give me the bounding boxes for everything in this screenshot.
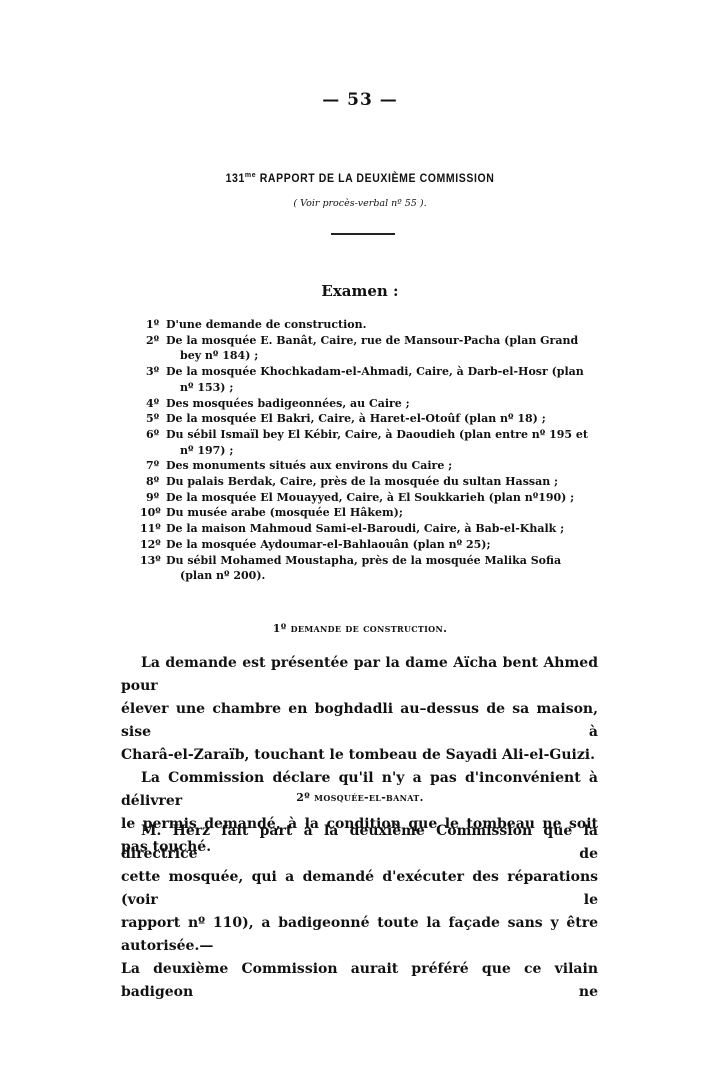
paragraph-line: Charâ-el-Zaraïb, touchant le tombeau de … xyxy=(121,744,598,767)
paragraph-line: élever une chambre en boghdadli au–dessu… xyxy=(121,698,598,744)
item-text-continued: bey nº 184) ; xyxy=(166,348,601,364)
divider-rule xyxy=(331,233,395,235)
item-text: De la mosquée El Bakri, Caire, à Haret-e… xyxy=(166,412,546,425)
item-text-continued: nº 197) ; xyxy=(166,443,601,459)
list-item: 1ºD'une demande de construction. xyxy=(146,317,601,333)
list-item: 13ºDu sébil Mohamed Moustapha, près de l… xyxy=(146,553,601,584)
item-text: Des monuments situés aux environs du Cai… xyxy=(166,459,452,472)
list-item: 12ºDe la mosquée Aydoumar-el-Bahlaouân (… xyxy=(146,537,601,553)
item-number: 7º xyxy=(146,458,164,474)
item-number: 5º xyxy=(146,411,164,427)
item-text: Du musée arabe (mosquée El Hâkem); xyxy=(166,506,403,519)
list-item: 3ºDe la mosquée Khochkadam-el-Ahmadi, Ca… xyxy=(146,364,601,395)
item-text: De la mosquée El Mouayyed, Caire, à El S… xyxy=(166,491,574,504)
paragraph-line: rapport nº 110), a badigeonné toute la f… xyxy=(121,912,598,958)
report-title: 131me RAPPORT DE LA DEUXIÈME COMMISSION xyxy=(0,171,720,185)
list-item: 2ºDe la mosquée E. Banât, Caire, rue de … xyxy=(146,333,601,364)
list-item: 6ºDu sébil Ismaïl bey El Kébir, Caire, à… xyxy=(146,427,601,458)
item-text: D'une demande de construction. xyxy=(166,318,366,331)
page-number: — 53 — xyxy=(0,90,720,110)
paragraph-line: cette mosquée, qui a demandé d'exécuter … xyxy=(121,866,598,912)
list-item: 5ºDe la mosquée El Bakri, Caire, à Haret… xyxy=(146,411,601,427)
item-number: 1º xyxy=(146,317,164,333)
section-heading-construction: 1º demande de construction. xyxy=(0,622,720,635)
item-number: 9º xyxy=(146,490,164,506)
item-text: Du sébil Mohamed Moustapha, près de la m… xyxy=(166,554,561,567)
report-title-text: RAPPORT DE LA DEUXIÈME COMMISSION xyxy=(260,172,495,185)
report-number: 131 xyxy=(226,172,245,185)
item-number: 4º xyxy=(146,396,164,412)
list-item: 7ºDes monuments situés aux environs du C… xyxy=(146,458,601,474)
item-number: 6º xyxy=(146,427,164,443)
item-number: 13º xyxy=(140,553,164,569)
paragraph-line: La Commission déclare qu'il n'y a pas d'… xyxy=(121,767,598,813)
item-text: Du sébil Ismaïl bey El Kébir, Caire, à D… xyxy=(166,428,588,441)
section-body-mosquee-el-banat: M. Herz fait part à la deuxième Commissi… xyxy=(121,820,598,1004)
paragraph-line: M. Herz fait part à la deuxième Commissi… xyxy=(121,820,598,866)
section-heading-mosquee-el-banat: 2º mosquée-el-banat. xyxy=(0,791,720,804)
item-text: Du palais Berdak, Caire, près de la mosq… xyxy=(166,475,558,488)
list-item: 8ºDu palais Berdak, Caire, près de la mo… xyxy=(146,474,601,490)
list-item: 4ºDes mosquées badigeonnées, au Caire ; xyxy=(146,396,601,412)
item-text-continued: (plan nº 200). xyxy=(166,568,601,584)
item-text: De la mosquée Aydoumar-el-Bahlaouân (pla… xyxy=(166,538,491,551)
examen-heading: Examen : xyxy=(0,282,720,300)
paragraph-line: La demande est présentée par la dame Aïc… xyxy=(121,652,598,698)
list-item: 9ºDe la mosquée El Mouayyed, Caire, à El… xyxy=(146,490,601,506)
item-number: 8º xyxy=(146,474,164,490)
report-subtitle: ( Voir procès-verbal nº 55 ). xyxy=(0,198,720,209)
list-item: 10ºDu musée arabe (mosquée El Hâkem); xyxy=(146,505,601,521)
examen-list: 1ºD'une demande de construction. 2ºDe la… xyxy=(146,317,601,584)
item-number: 11º xyxy=(140,521,164,537)
paragraph-line: La deuxième Commission aurait préféré qu… xyxy=(121,958,598,1004)
report-number-suffix: me xyxy=(245,171,256,179)
item-number: 12º xyxy=(140,537,164,553)
item-number: 2º xyxy=(146,333,164,349)
item-text: De la mosquée Khochkadam-el-Ahmadi, Cair… xyxy=(166,365,584,378)
item-text: De la mosquée E. Banât, Caire, rue de Ma… xyxy=(166,334,578,347)
item-text-continued: nº 153) ; xyxy=(166,380,601,396)
item-text: De la maison Mahmoud Sami-el-Baroudi, Ca… xyxy=(166,522,564,535)
item-number: 10º xyxy=(140,505,164,521)
item-text: Des mosquées badigeonnées, au Caire ; xyxy=(166,397,410,410)
list-item: 11ºDe la maison Mahmoud Sami-el-Baroudi,… xyxy=(146,521,601,537)
item-number: 3º xyxy=(146,364,164,380)
